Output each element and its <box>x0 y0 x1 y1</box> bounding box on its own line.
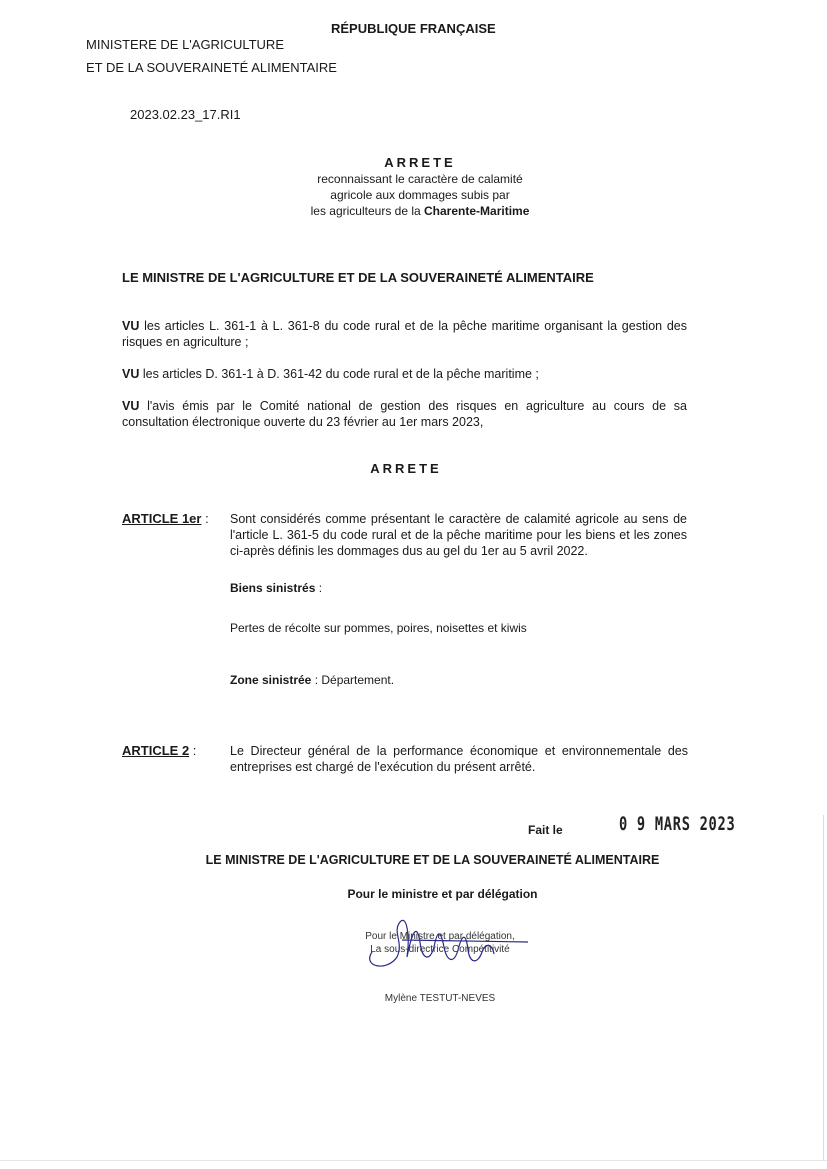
goods-label: Biens sinistrés <box>230 581 315 595</box>
ministry-name-line1: MINISTERE DE L'AGRICULTURE <box>86 37 284 53</box>
signatory-name: Mylène TESTUT-NEVES <box>340 992 540 1005</box>
article1-label: ARTICLE 1er <box>122 511 201 526</box>
vu-label: VU <box>122 399 139 413</box>
decree-subtitle-line1: reconnaissant le caractère de calamité <box>0 171 827 187</box>
goods-text: Pertes de récolte sur pommes, poires, no… <box>230 620 527 636</box>
vu-label: VU <box>122 367 139 381</box>
vu-label: VU <box>122 319 139 333</box>
subtitle-prefix: les agriculteurs de la <box>311 204 424 218</box>
article2-label-wrap: ARTICLE 2 : <box>122 743 196 759</box>
decree-subtitle-line3: les agriculteurs de la Charente-Maritime <box>0 203 827 219</box>
decree-subtitle-line2: agricole aux dommages subis par <box>0 187 827 203</box>
date-stamp: 0 9 MARS 2023 <box>619 813 735 835</box>
article1-label-wrap: ARTICLE 1er : <box>122 511 209 527</box>
consideration-1: VU les articles L. 361-1 à L. 361-8 du c… <box>122 318 687 350</box>
article1-sep: : <box>201 511 208 526</box>
consideration-3: VU l'avis émis par le Comité national de… <box>122 398 687 430</box>
article2-label: ARTICLE 2 <box>122 743 189 758</box>
goods-sep: : <box>315 581 322 595</box>
article2-sep: : <box>189 743 196 758</box>
zone-label: Zone sinistrée <box>230 673 311 687</box>
done-at-label: Fait le <box>528 822 563 838</box>
decree-title: ARRETE <box>0 155 827 171</box>
signing-minister: LE MINISTRE DE L'AGRICULTURE ET DE LA SO… <box>0 853 827 867</box>
consideration-text: les articles L. 361-1 à L. 361-8 du code… <box>122 319 687 349</box>
republic-header: RÉPUBLIQUE FRANÇAISE <box>331 21 496 37</box>
department-name: Charente-Maritime <box>424 204 529 218</box>
scan-edge-bottom <box>0 1160 827 1161</box>
minister-heading: LE MINISTRE DE L'AGRICULTURE ET DE LA SO… <box>122 270 594 285</box>
delegation-line: Pour le ministre et par délégation <box>0 886 827 902</box>
article1-text: Sont considérés comme présentant le cara… <box>230 511 687 559</box>
goods-heading: Biens sinistrés : <box>230 580 322 596</box>
reference-number: 2023.02.23_17.RI1 <box>130 107 241 123</box>
consideration-text: les articles D. 361-1 à D. 361-42 du cod… <box>139 367 539 381</box>
ministry-name-line2: ET DE LA SOUVERAINETÉ ALIMENTAIRE <box>86 60 337 76</box>
handwritten-signature <box>352 912 542 972</box>
article2-text: Le Directeur général de la performance é… <box>230 743 688 775</box>
zone-line: Zone sinistrée : Département. <box>230 672 394 688</box>
zone-text: : Département. <box>311 673 394 687</box>
decree-heading: ARRETE <box>0 461 812 477</box>
consideration-2: VU les articles D. 361-1 à D. 361-42 du … <box>122 366 687 382</box>
scan-edge-right <box>823 815 824 1160</box>
consideration-text: l'avis émis par le Comité national de ge… <box>122 399 687 429</box>
